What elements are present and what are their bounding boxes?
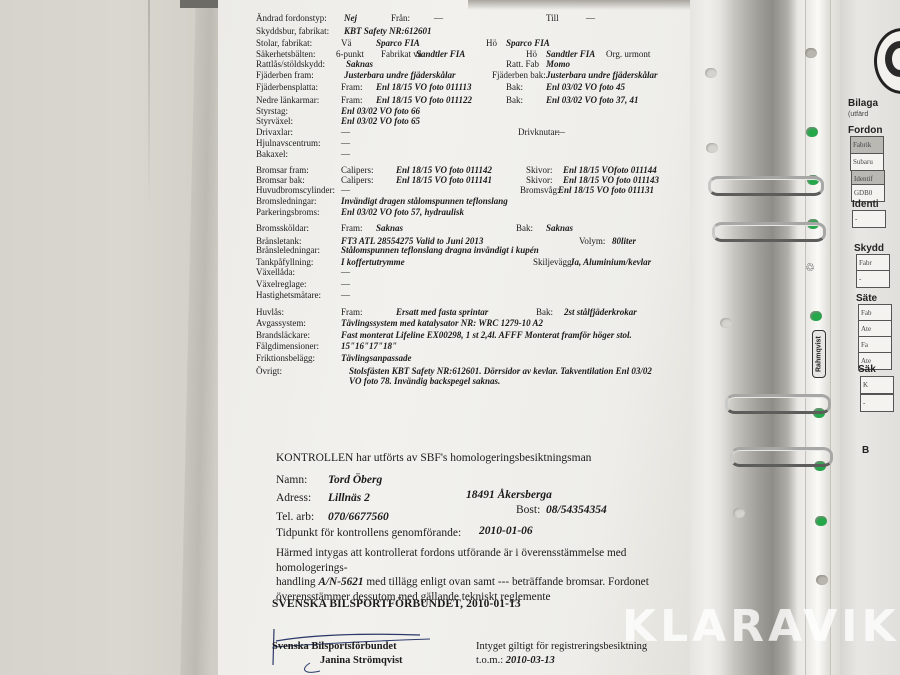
inspector-phone-row: Tel. arb: 070/6677560 Bost: 08/54354354 [276,510,314,524]
validity-label: t.o.m.: [476,655,503,666]
punch-hole [720,318,732,328]
signature-org: Svenska Bilsportsförbundet [272,641,397,652]
spec-value: Sandtler FIA [416,49,465,60]
punch-hole-green [815,516,827,526]
spec-value: Momo [546,59,570,70]
spec-label: Hjulnavscentrum: [256,138,321,149]
spec-sublabel: Volym: [579,236,605,247]
rp-section-fordon: Fordon [848,125,882,136]
spec-label: Brandsläckare: [256,330,310,341]
name-label: Namn: [276,474,307,486]
punch-hole [733,508,745,518]
punch-hole [805,48,817,58]
spec-value: VO foto 78. Invändig backspegel saknas. [349,376,500,387]
spec-value: Sparco FIA [506,38,550,49]
spec-label: Drivaxlar: [256,127,293,138]
spec-sublabel: Hö [486,38,497,49]
spec-value: 15"16"17"18" [341,341,397,352]
spec-value: Tävlingsanpassade [341,353,412,364]
spec-sublabel: — [434,13,443,24]
org-date-line: SVENSKA BILSPORTFÖRBUNDET, 2010-01-13 [272,598,521,610]
spec-sublabel: — [341,267,350,278]
spec-sublabel: Fram: [341,82,363,93]
binder-ring [712,222,826,242]
spec-value: I koffertutrymme [341,257,405,268]
spec-label: Övrigt: [256,366,282,377]
spec-label: Bromssköldar: [256,223,309,234]
spec-sublabel: Vä [341,38,352,49]
rp-section-skydd: Skydd [854,243,884,254]
spec-value: Saknas [346,59,373,70]
spec-label: Skyddsbur, fabrikat: [256,26,329,37]
spec-label: Parkeringsbroms: [256,207,320,218]
spec-value: Sparco FIA [376,38,420,49]
rp-section-ident: Identi [852,199,879,210]
spec-label: Styrväxel: [256,116,293,127]
page-shadow [468,0,694,10]
spec-value: Enl 18/15 VO foto 011131 [558,185,654,196]
cert-line-1: Härmed intygas att kontrollerat fordons … [276,546,686,575]
rp-field: - [852,210,886,228]
inspector-postal: 18491 Åkersberga [466,488,552,502]
spec-value: Nej [344,13,357,24]
spec-value: Justerbara undre fjäderskålar [344,70,456,81]
cert-line-2-post: med tillägg enligt ovan samt --- beträff… [364,576,649,588]
spec-sublabel: Fram: [341,95,363,106]
tel-work-label: Tel. arb: [276,511,314,523]
inspection-heading: KONTROLLEN har utförts av SBF's homologe… [276,451,591,465]
spec-label: Bromsledningar: [256,196,317,207]
punch-hole [706,143,718,153]
binder-ring [730,447,833,467]
inspector-name: Tord Öberg [328,473,382,487]
rp-section-sak: Säk [858,364,876,375]
cert-line-2: handling A/N-5621 med tillägg enligt ova… [276,575,686,590]
spec-sublabel: — [556,127,565,138]
spec-value: 80liter [612,236,636,247]
spec-value: Enl 18/15 VO foto 011141 [396,175,492,186]
signature-name: Janina Strömqvist [272,654,403,668]
rp-field: Subaru [850,153,884,171]
punch-hole [816,575,828,585]
spec-value: Justerbara undre fjäderskålar [546,70,658,81]
rp-section-b: B [862,445,869,456]
spec-label: Ändrad fordonstyp: [256,13,327,24]
rp-field: - [856,270,890,288]
rp-subtitle: (utfärd [848,111,868,118]
tel-home-label: Bost: [516,503,540,517]
inspector-address: Lillnäs 2 [328,491,370,505]
inspection-date: 2010-01-06 [479,524,533,538]
page-crease [148,0,150,210]
signature-block: Svenska Bilsportsförbundet Janina Strömq… [272,640,403,668]
spec-label: Huvlås: [256,307,284,318]
spec-sublabel: Till [546,13,559,24]
validity-date-row: t.o.m.: 2010-03-13 [476,654,647,668]
date-label: Tidpunkt för kontrollens genomförande: [276,527,461,539]
spec-value: Invändigt dragen stålomspunnen teflonsla… [341,196,508,207]
rp-field: K [860,376,894,394]
spec-value: Enl 03/02 VO foto 57, hydraulisk [341,207,464,218]
spec-label: Hastighetsmätare: [256,290,321,301]
spec-value: Ja, Aluminium/kevlar [570,257,651,268]
spec-value: Ersatt med fasta sprintar [396,307,488,318]
spec-value: KBT Safety NR:612601 [344,26,432,37]
homologation-document: Ändrad fordonstyp:NejFrån:—Till—Skyddsbu… [218,0,694,675]
klaravik-watermark: KLARAVIK [622,601,900,652]
spec-sublabel: Fram: [341,307,363,318]
spec-value: Saknas [546,223,573,234]
spec-sublabel: Bak: [536,307,553,318]
spec-value: Enl 03/02 VO foto 45 [546,82,625,93]
spec-sublabel: Fram: [341,223,363,234]
spec-sublabel: — [341,127,350,138]
punch-hole-green [806,127,818,137]
validity-date: 2010-03-13 [506,655,555,666]
spec-label: Bränsleledningar: [256,245,320,256]
spec-sublabel: — [341,290,350,301]
spec-sublabel: — [341,149,350,160]
tel-home: 08/54354354 [546,503,607,517]
spec-label: Nedre länkarmar: [256,95,319,106]
spec-sublabel: Bak: [516,223,533,234]
spec-sublabel: Drivknutar: [518,127,560,138]
cert-line-2-pre: handling [276,576,318,588]
spec-value: Fast monterat Lifeline EX00298, 1 st 2,4… [341,330,632,341]
rp-title: Bilaga [848,98,878,109]
binder-top-edge [180,0,220,8]
spec-value: Tävlingssystem med katalysator NR: WRC 1… [341,318,543,329]
binder-ring [725,394,831,414]
tel-work: 070/6677560 [328,510,389,524]
spec-sublabel: Fjäderben bak: [492,70,546,81]
spec-sublabel: — [586,13,595,24]
spec-label: Växellåda: [256,267,295,278]
recycle-icon: ♲ [805,262,819,274]
spec-sublabel: Bak: [506,95,523,106]
right-attachment-page: Bilaga (utfärd Fordon Fabrik Subaru Iden… [840,0,900,675]
certification-paragraph: Härmed intygas att kontrollerat fordons … [276,546,686,604]
spec-value: Enl 18/15 VO foto 011122 [376,95,472,106]
punch-hole-green [810,311,822,321]
punch-hole [705,68,717,78]
left-blank-page [0,0,210,675]
binder-brand-label: Rahmqvist [812,330,826,378]
spec-label: Växelreglage: [256,279,306,290]
inspector-name-row: Namn: Tord Öberg [276,473,307,487]
sbf-logo-icon [874,28,900,94]
inspection-date-row: Tidpunkt för kontrollens genomförande: 2… [276,526,461,540]
inspector-address-row: Adress: Lillnäs 2 18491 Åkersberga [276,491,311,505]
spec-label: Fjäderben fram: [256,70,314,81]
spec-value: Stålomspunnen teflonslang dragna invändi… [341,245,539,256]
spec-sublabel: Bak: [506,82,523,93]
spec-sublabel: — [341,185,350,196]
spec-sublabel: Bromsvåg: [520,185,560,196]
rp-field: - [860,394,894,412]
spec-value: Enl 03/02 VO foto 65 [341,116,420,127]
spec-label: Fjäderbensplatta: [256,82,318,93]
rp-field: Fabrik [850,136,884,154]
spec-value: Saknas [376,223,403,234]
spec-value: 2st stålfjäderkrokar [564,307,637,318]
spec-sublabel: — [341,138,350,149]
spec-label: Rattlås/stöldskydd: [256,59,325,70]
spec-sublabel: Org. urmont [606,49,650,60]
spec-label: Huvudbromscylinder: [256,185,335,196]
spec-label: Friktionsbelägg: [256,353,315,364]
spec-label: Fälgdimensioner: [256,341,319,352]
spec-sublabel: Från: [391,13,410,24]
rp-section-sate: Säte [856,293,877,304]
address-label: Adress: [276,492,311,504]
spec-label: Avgassystem: [256,318,306,329]
spec-label: Stolar, fabrikat: [256,38,312,49]
spec-sublabel: Skiljevägg: [533,257,574,268]
spec-sublabel: Ratt. Fab [506,59,539,70]
spec-value: Enl 18/15 VO foto 011113 [376,82,472,93]
spec-value: Enl 03/02 VO foto 37, 41 [546,95,639,106]
spec-label: Bakaxel: [256,149,288,160]
homologation-number: A/N-5621 [318,576,363,588]
spec-sublabel: — [341,279,350,290]
binder-ring [708,176,824,196]
